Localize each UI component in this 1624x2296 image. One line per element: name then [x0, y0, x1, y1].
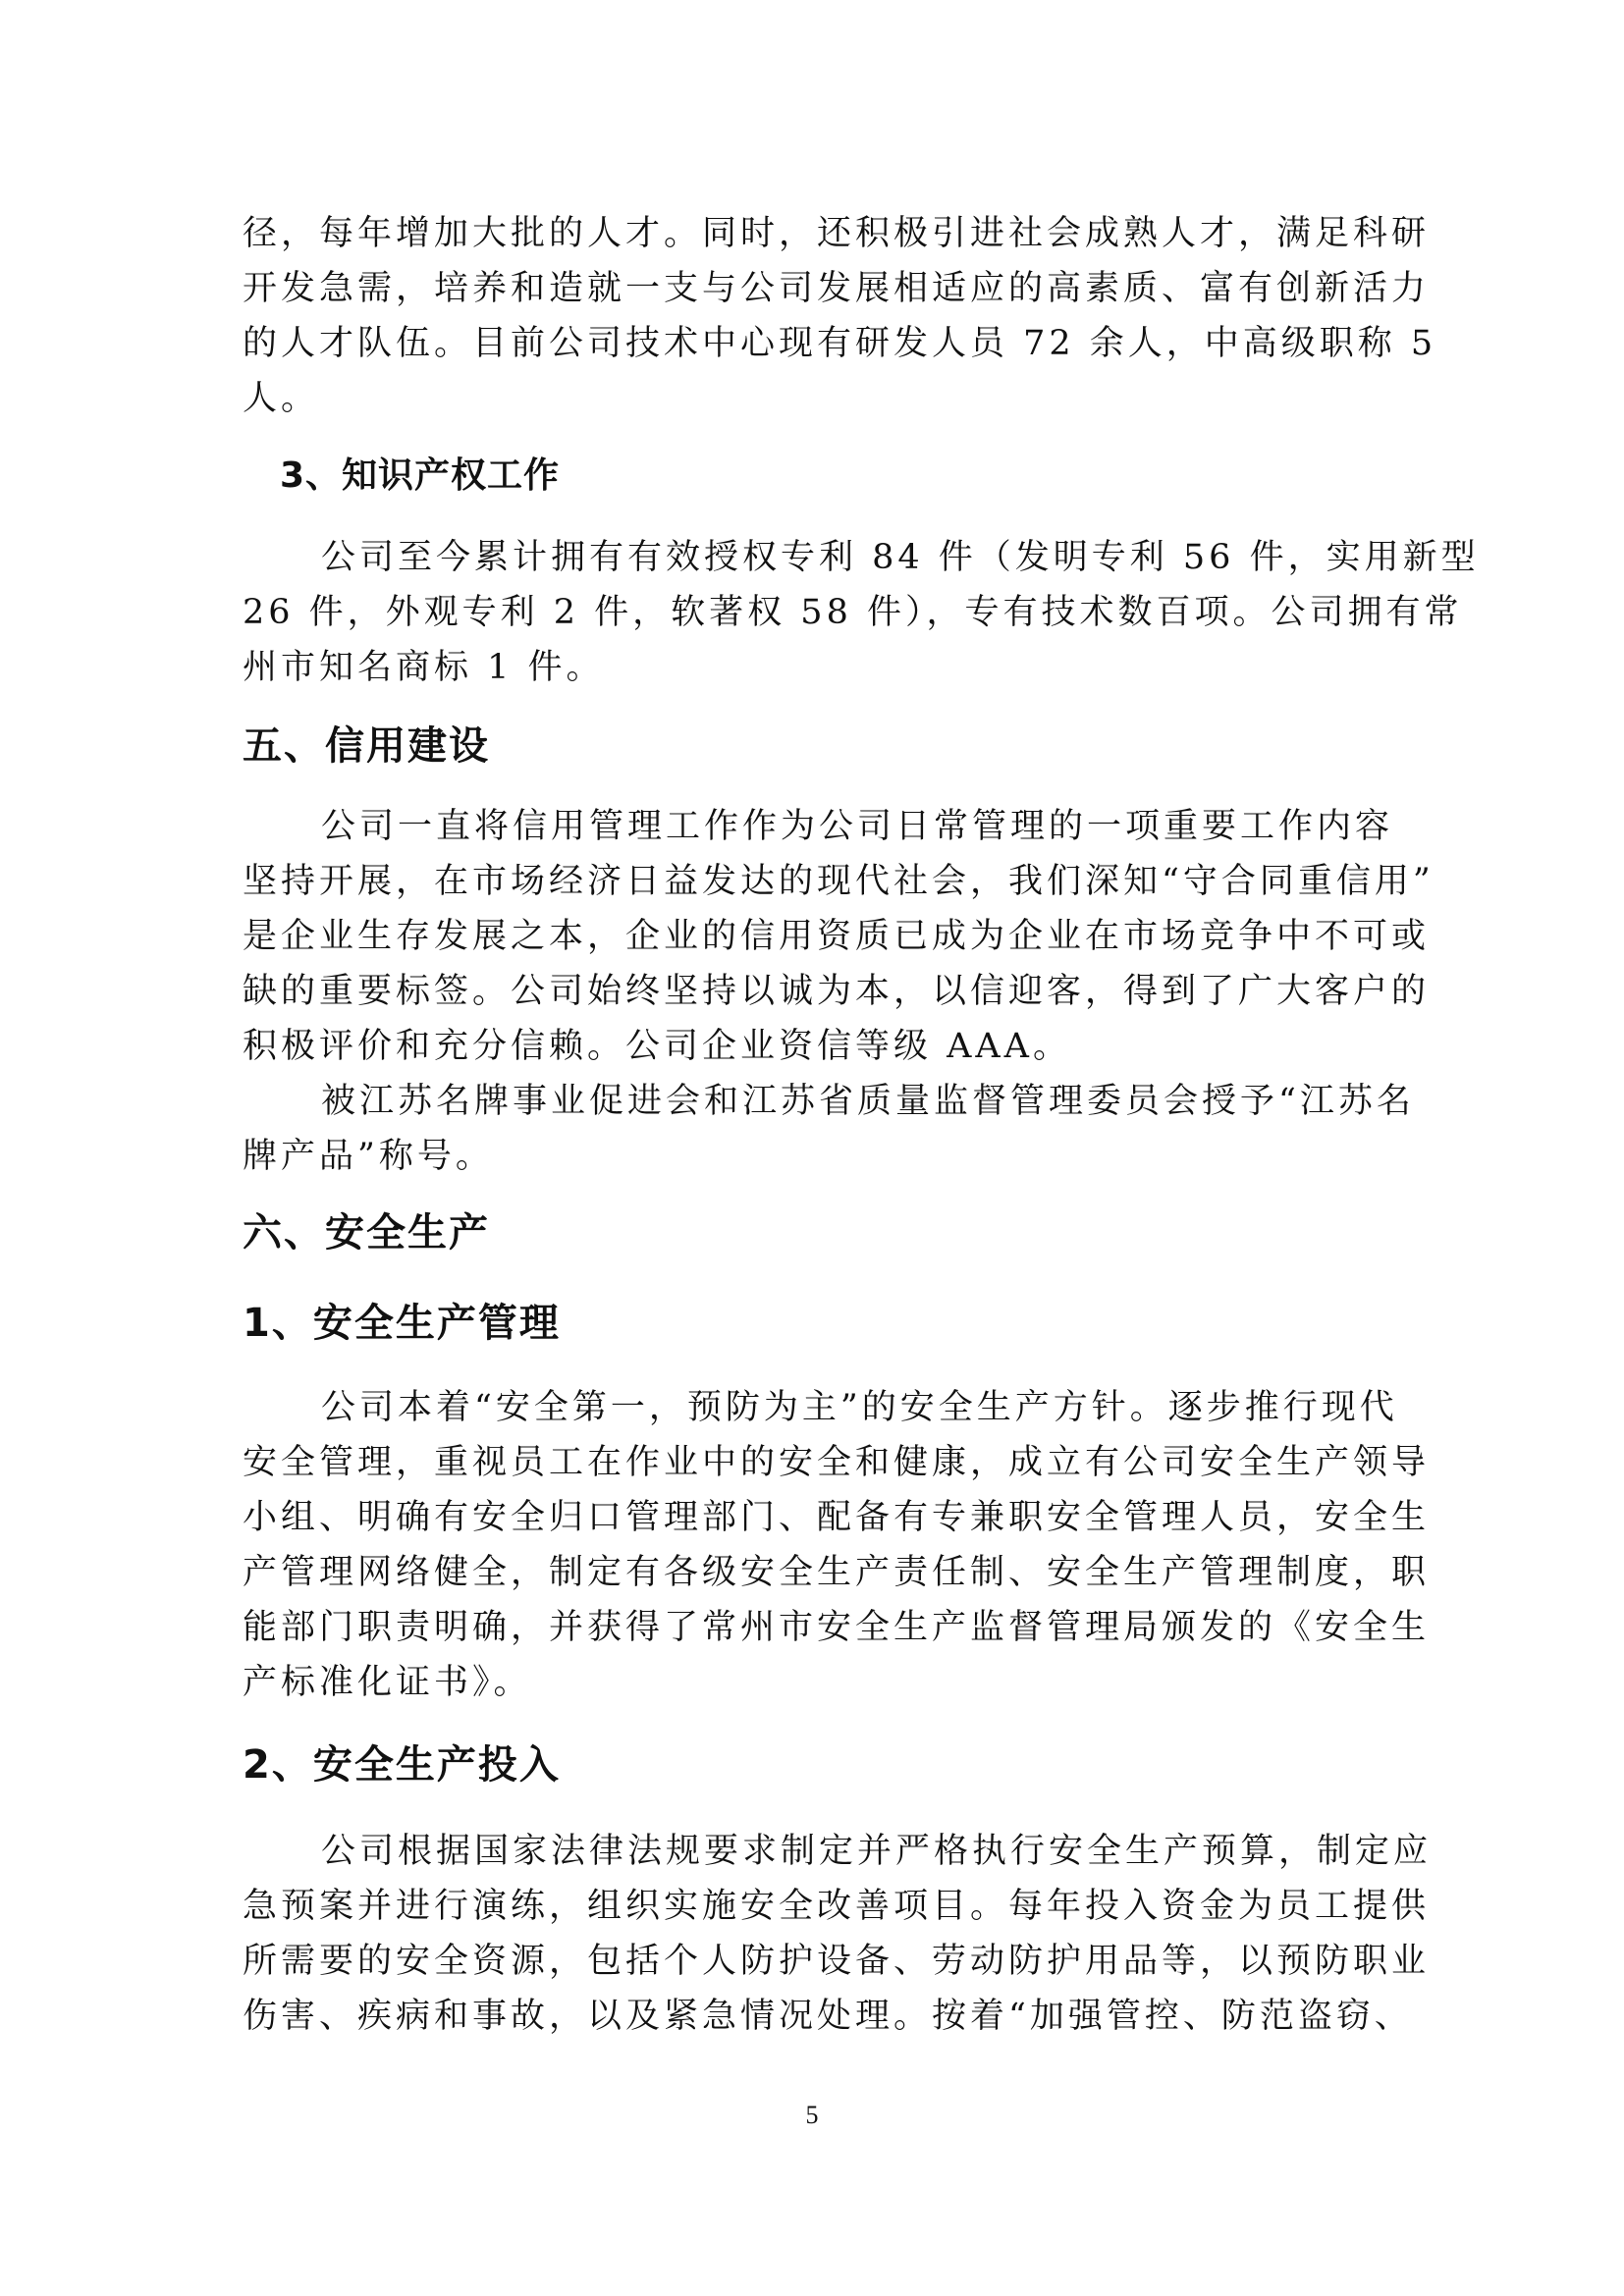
section-heading: 五、信用建设	[243, 726, 490, 766]
text-line: 公司一直将信用管理工作作为公司日常管理的一项重要工作内容	[321, 807, 1393, 846]
text-line: 急预案并进行演练，组织实施安全改善项目。每年投入资金为员工提供	[243, 1887, 1430, 1926]
text-line: 径，每年增加大批的人才。同时，还积极引进社会成熟人才，满足科研	[243, 214, 1430, 253]
text-line: 26 件，外观专利 2 件，软著权 58 件），专有技术数百项。公司拥有常	[243, 593, 1462, 632]
text-line: 安全管理，重视员工在作业中的安全和健康，成立有公司安全生产领导	[243, 1443, 1430, 1482]
text-line: 公司根据国家法律法规要求制定并严格执行安全生产预算，制定应	[321, 1832, 1432, 1871]
page-number: 5	[0, 2101, 1624, 2130]
section-heading: 1、安全生产管理	[243, 1304, 561, 1343]
text-line: 被江苏名牌事业促进会和江苏省质量监督管理委员会授予“江苏名	[321, 1082, 1415, 1121]
section-heading: 2、安全生产投入	[243, 1745, 561, 1785]
text-line: 是企业生存发展之本，企业的信用资质已成为企业在市场竞争中不可或	[243, 917, 1430, 956]
text-line: 伤害、疾病和事故，以及紧急情况处理。按着“加强管控、防范盗窃、	[243, 1997, 1413, 2036]
text-line: 公司至今累计拥有有效授权专利 84 件（发明专利 56 件，实用新型	[321, 538, 1480, 577]
text-line: 缺的重要标签。公司始终坚持以诚为本，以信迎客，得到了广大客户的	[243, 972, 1430, 1011]
text-line: 公司本着“安全第一，预防为主”的安全生产方针。逐步推行现代	[321, 1388, 1398, 1427]
text-line: 人。	[243, 379, 319, 418]
text-line: 州市知名商标 1 件。	[243, 648, 605, 687]
section-heading: 六、安全生产	[243, 1213, 490, 1253]
text-line: 牌产品”称号。	[243, 1137, 494, 1176]
text-line: 小组、明确有安全归口管理部门、配备有专兼职安全管理人员，安全生	[243, 1498, 1430, 1537]
text-line: 坚持开展，在市场经济日益发达的现代社会，我们深知“守合同重信用”	[243, 862, 1435, 901]
text-line: 的人才队伍。目前公司技术中心现有研发人员 72 余人，中高级职称 5	[243, 324, 1436, 363]
text-line: 积极评价和充分信赖。公司企业资信等级 AAA。	[243, 1027, 1071, 1066]
text-line: 所需要的安全资源，包括个人防护设备、劳动防护用品等，以预防职业	[243, 1942, 1430, 1981]
text-line: 产管理网络健全，制定有各级安全生产责任制、安全生产管理制度，职	[243, 1553, 1430, 1592]
text-line: 开发急需，培养和造就一支与公司发展相适应的高素质、富有创新活力	[243, 269, 1430, 308]
text-line: 产标准化证书》。	[243, 1663, 532, 1702]
text-line: 能部门职责明确，并获得了常州市安全生产监督管理局颁发的《安全生	[243, 1608, 1430, 1647]
section-subheading: 3、知识产权工作	[280, 456, 560, 496]
